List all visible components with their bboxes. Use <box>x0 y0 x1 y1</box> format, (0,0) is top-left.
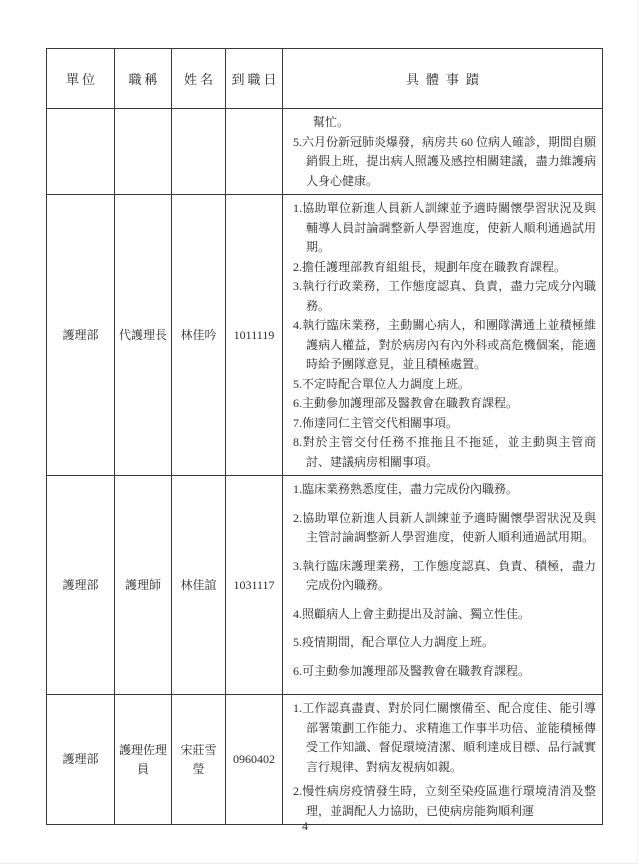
table-row: 護理部護理佐理員宋莊雪瑩09604021.工作認真盡責、對於同仁關懷備至、配合度… <box>47 695 603 825</box>
deed-item: 8.對於主管交付任務不推拖且不拖延，並主動與主管商討、建議病房相關事項。 <box>293 433 596 472</box>
header-deeds: 具體事蹟 <box>283 49 603 109</box>
deed-item: 1.協助單位新進人員新人訓練並予適時關懷學習狀況及與輔導人員討論調整新人學習進度… <box>293 199 596 258</box>
cell-hire-date: 1031117 <box>226 476 283 695</box>
cell-deeds: 1.工作認真盡責、對於同仁關懷備至、配合度佳、能引導部署策劃工作能力、求精進工作… <box>283 695 603 825</box>
cell-deeds: 1.協助單位新進人員新人訓練並予適時關懷學習狀況及與輔導人員討論調整新人學習進度… <box>283 195 603 476</box>
header-unit: 單位 <box>47 49 115 109</box>
cell-deeds: 1.臨床業務熟悉度佳，盡力完成份內職務。2.協助單位新進人員新人訓練並予適時關懷… <box>283 476 603 695</box>
cell-hire-date <box>226 109 283 195</box>
header-row: 單位 職稱 姓名 到職日 具體事蹟 <box>47 49 603 109</box>
deed-item: 3.執行臨床護理業務，工作態度認真、負責、積極，盡力完成份內職務。 <box>293 557 596 596</box>
cell-title <box>115 109 172 195</box>
deed-item: 7.佈達同仁主管交代相關事項。 <box>293 414 596 434</box>
header-name: 姓名 <box>172 49 226 109</box>
deed-item: 4.照顧病人上會主動提出及討論、獨立性佳。 <box>293 605 596 625</box>
cell-title: 護理佐理員 <box>115 695 172 825</box>
cell-name <box>172 109 226 195</box>
table-row: 幫忙。5.六月份新冠肺炎爆發，病房共 60 位病人確診，期間自願銷假上班，提出病… <box>47 109 603 195</box>
cell-unit: 護理部 <box>47 195 115 476</box>
header-title: 職稱 <box>115 49 172 109</box>
achievement-table: 單位 職稱 姓名 到職日 具體事蹟 幫忙。5.六月份新冠肺炎爆發，病房共 60 … <box>46 48 603 825</box>
cell-unit: 護理部 <box>47 476 115 695</box>
cell-name: 林佳誼 <box>172 476 226 695</box>
deed-item: 幫忙。 <box>293 113 596 133</box>
table-row: 護理部護理師林佳誼10311171.臨床業務熟悉度佳，盡力完成份內職務。2.協助… <box>47 476 603 695</box>
header-hire-date: 到職日 <box>226 49 283 109</box>
table-row: 護理部代護理長林佳吟10111191.協助單位新進人員新人訓練並予適時關懷學習狀… <box>47 195 603 476</box>
cell-name: 宋莊雪瑩 <box>172 695 226 825</box>
cell-unit <box>47 109 115 195</box>
deed-item: 6.可主動參加護理部及醫教會在職教育課程。 <box>293 662 596 682</box>
deed-item: 5.六月份新冠肺炎爆發，病房共 60 位病人確診，期間自願銷假上班，提出病人照護… <box>293 133 596 192</box>
deed-item: 2.擔任護理部教育組組長，規劃年度在職教育課程。 <box>293 258 596 278</box>
cell-title: 代護理長 <box>115 195 172 476</box>
document-page: 單位 職稱 姓名 到職日 具體事蹟 幫忙。5.六月份新冠肺炎爆發，病房共 60 … <box>0 0 638 864</box>
deed-item: 6.主動參加護理部及醫教會在職教育課程。 <box>293 394 596 414</box>
table-header: 單位 職稱 姓名 到職日 具體事蹟 <box>47 49 603 109</box>
cell-hire-date: 0960402 <box>226 695 283 825</box>
cell-hire-date: 1011119 <box>226 195 283 476</box>
page-number: 4 <box>0 819 610 834</box>
deed-item: 2.慢性病房疫情發生時，立刻至染疫區進行環境清消及整理，並調配人力協助，已使病房… <box>293 782 596 821</box>
cell-title: 護理師 <box>115 476 172 695</box>
deed-item: 2.協助單位新進人員新人訓練並予適時關懷學習狀況及與主管討論調整新人學習進度，使… <box>293 509 596 548</box>
cell-name: 林佳吟 <box>172 195 226 476</box>
deed-item: 4.執行臨床業務，主動關心病人，和團隊溝通上並積極維護病人權益，對於病房內有內外… <box>293 316 596 375</box>
deed-item: 5.疫情期間，配合單位人力調度上班。 <box>293 633 596 653</box>
cell-deeds: 幫忙。5.六月份新冠肺炎爆發，病房共 60 位病人確診，期間自願銷假上班，提出病… <box>283 109 603 195</box>
deed-item: 5.不定時配合單位人力調度上班。 <box>293 375 596 395</box>
deed-item: 1.臨床業務熟悉度佳，盡力完成份內職務。 <box>293 480 596 500</box>
deed-item: 3.執行行政業務，工作態度認真、負責，盡力完成分內職務。 <box>293 277 596 316</box>
deed-item: 1.工作認真盡責、對於同仁關懷備至、配合度佳、能引導部署策劃工作能力、求精進工作… <box>293 699 596 777</box>
table-body: 幫忙。5.六月份新冠肺炎爆發，病房共 60 位病人確診，期間自願銷假上班，提出病… <box>47 109 603 825</box>
cell-unit: 護理部 <box>47 695 115 825</box>
